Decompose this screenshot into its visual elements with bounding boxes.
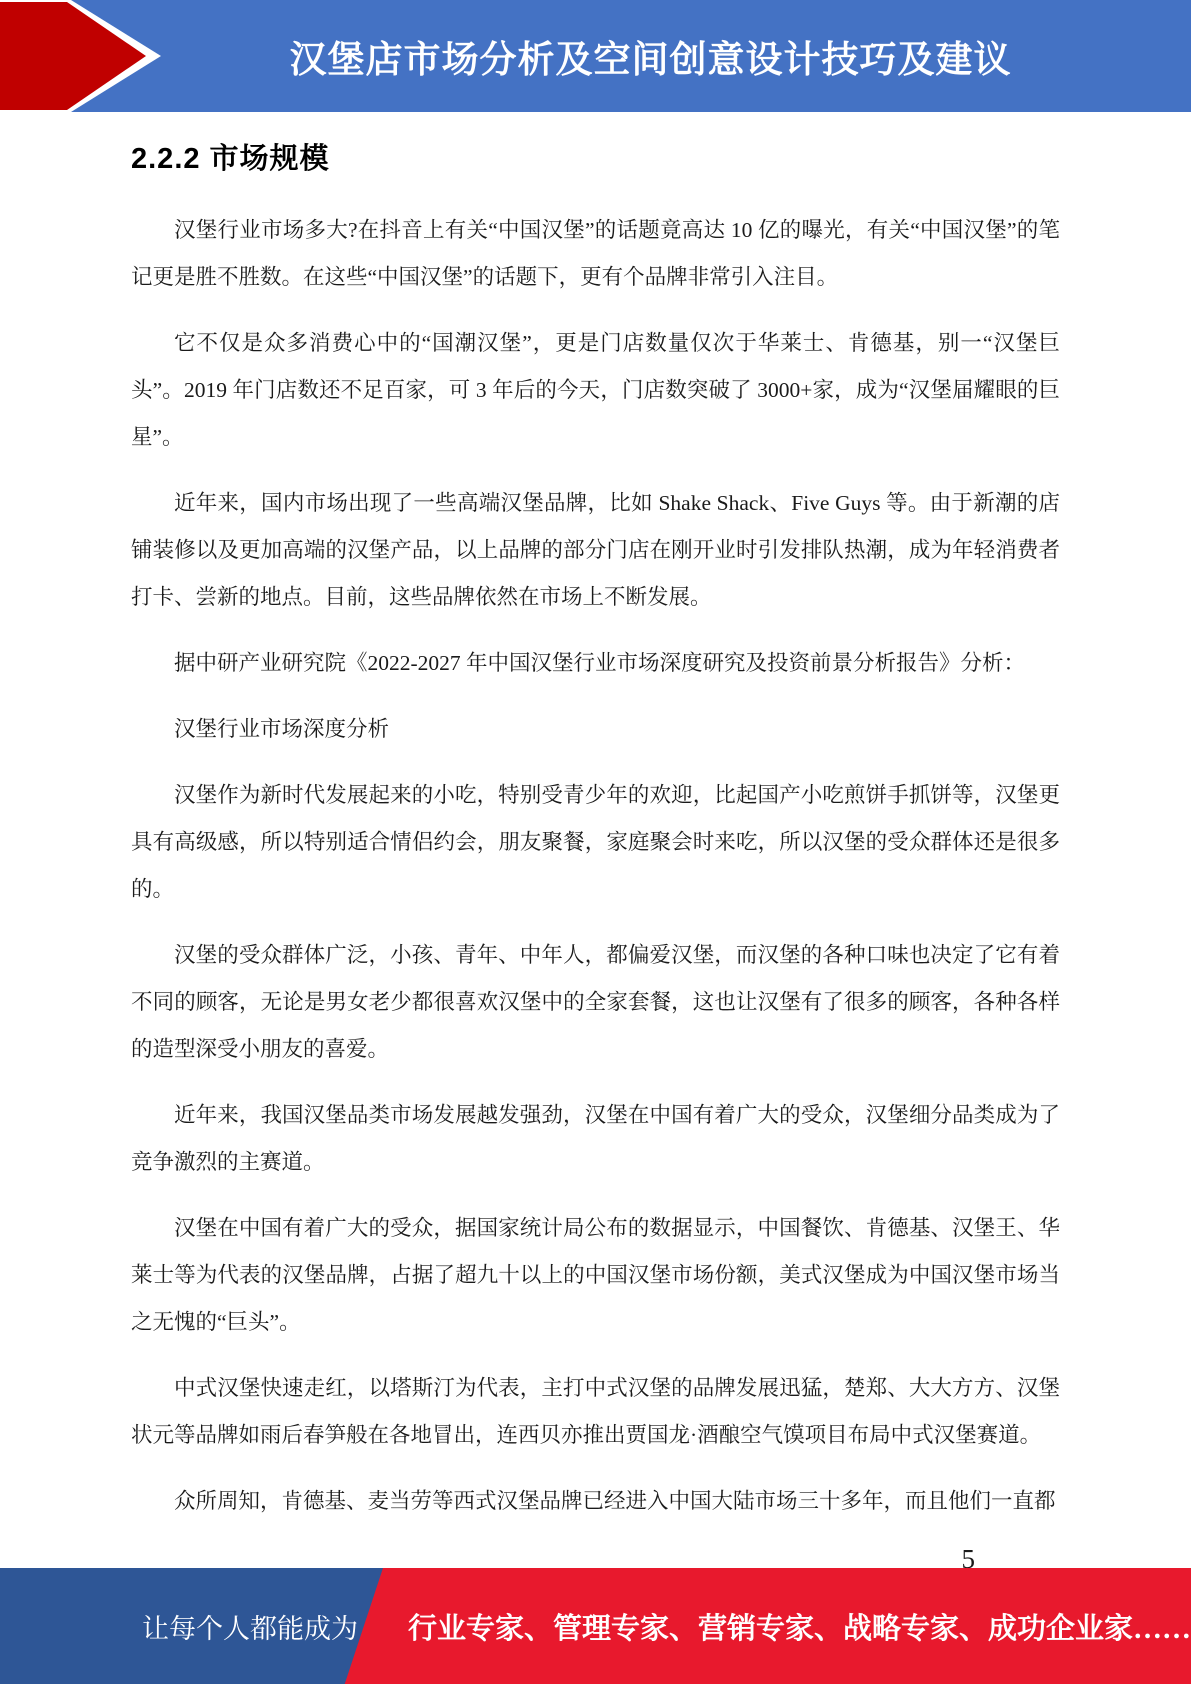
paragraphs-block: 汉堡行业市场多大?在抖音上有关“中国汉堡”的话题竟高达 10 亿的曝光，有关“中… (131, 207, 1060, 1525)
header-arrow-fill (0, 2, 146, 110)
page-title: 汉堡店市场分析及空间创意设计技巧及建议 (170, 0, 1131, 112)
document-body: 2.2.2 市场规模 汉堡行业市场多大?在抖音上有关“中国汉堡”的话题竟高达 1… (131, 112, 1060, 1575)
paragraph: 它不仅是众多消费心中的“国潮汉堡”，更是门店数量仅次于华莱士、肯德基，别一“汉堡… (131, 320, 1060, 461)
header-band: 汉堡店市场分析及空间创意设计技巧及建议 (0, 0, 1191, 112)
paragraph: 近年来，我国汉堡品类市场发展越发强劲，汉堡在中国有着广大的受众，汉堡细分品类成为… (131, 1092, 1060, 1186)
footer-slogan-right: 行业专家、管理专家、营销专家、战略专家、成功企业家…… (408, 1568, 1191, 1684)
paragraph: 据中研产业研究院《2022-2027 年中国汉堡行业市场深度研究及投资前景分析报… (131, 640, 1060, 687)
paragraph: 近年来，国内市场出现了一些高端汉堡品牌，比如 Shake Shack、Five … (131, 480, 1060, 621)
footer-band: 让每个人都能成为 行业专家、管理专家、营销专家、战略专家、成功企业家…… (0, 1568, 1191, 1684)
footer-slogan-left: 让每个人都能成为 (142, 1568, 358, 1684)
paragraph: 中式汉堡快速走红，以塔斯汀为代表，主打中式汉堡的品牌发展迅猛，楚郑、大大方方、汉… (131, 1365, 1060, 1459)
paragraph: 汉堡行业市场深度分析 (131, 706, 1060, 753)
paragraph: 汉堡的受众群体广泛，小孩、青年、中年人，都偏爱汉堡，而汉堡的各种口味也决定了它有… (131, 932, 1060, 1073)
paragraph: 汉堡作为新时代发展起来的小吃，特别受青少年的欢迎，比起国产小吃煎饼手抓饼等，汉堡… (131, 772, 1060, 913)
paragraph: 汉堡在中国有着广大的受众，据国家统计局公布的数据显示，中国餐饮、肯德基、汉堡王、… (131, 1205, 1060, 1346)
header-arrow-icon (0, 0, 166, 112)
section-heading: 2.2.2 市场规模 (131, 136, 1060, 177)
paragraph: 汉堡行业市场多大?在抖音上有关“中国汉堡”的话题竟高达 10 亿的曝光，有关“中… (131, 207, 1060, 301)
paragraph: 众所周知，肯德基、麦当劳等西式汉堡品牌已经进入中国大陆市场三十多年，而且他们一直… (131, 1478, 1060, 1525)
